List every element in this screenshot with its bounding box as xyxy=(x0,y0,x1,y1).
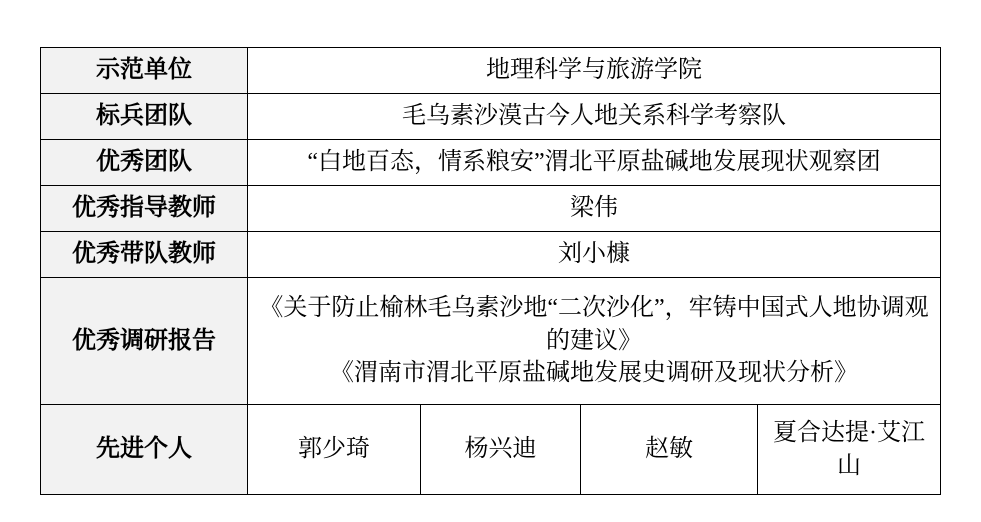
table-row: 优秀带队教师 刘小槺 xyxy=(41,232,941,278)
row-value-excellent-leading-teacher: 刘小槺 xyxy=(248,232,941,278)
table-row: 标兵团队 毛乌素沙漠古今人地关系科学考察队 xyxy=(41,94,941,140)
report-title-2: 《渭南市渭北平原盐碱地发展史调研及现状分析》 xyxy=(254,357,934,389)
row-label-excellent-leading-teacher: 优秀带队教师 xyxy=(41,232,248,278)
row-value-model-team: 毛乌素沙漠古今人地关系科学考察队 xyxy=(248,94,941,140)
table-row: 示范单位 地理科学与旅游学院 xyxy=(41,48,941,94)
row-label-advanced-individuals: 先进个人 xyxy=(41,405,248,495)
report-title-1: 《关于防止榆林毛乌素沙地“二次沙化”，牢铸中国式人地协调观的建议》 xyxy=(254,292,934,357)
row-value-excellent-research-reports: 《关于防止榆林毛乌素沙地“二次沙化”，牢铸中国式人地协调观的建议》 《渭南市渭北… xyxy=(248,278,941,405)
table-row: 优秀指导教师 梁伟 xyxy=(41,186,941,232)
row-value-excellent-team: “白地百态，情系粮安”渭北平原盐碱地发展现状观察团 xyxy=(248,140,941,186)
document-page: 示范单位 地理科学与旅游学院 标兵团队 毛乌素沙漠古今人地关系科学考察队 优秀团… xyxy=(0,0,981,522)
award-summary-table: 示范单位 地理科学与旅游学院 标兵团队 毛乌素沙漠古今人地关系科学考察队 优秀团… xyxy=(40,47,941,495)
person-name-3: 赵敏 xyxy=(581,405,758,495)
row-value-excellent-advisor: 梁伟 xyxy=(248,186,941,232)
row-label-model-team: 标兵团队 xyxy=(41,94,248,140)
row-label-excellent-advisor: 优秀指导教师 xyxy=(41,186,248,232)
row-label-excellent-team: 优秀团队 xyxy=(41,140,248,186)
row-value-demonstration-unit: 地理科学与旅游学院 xyxy=(248,48,941,94)
row-label-demonstration-unit: 示范单位 xyxy=(41,48,248,94)
table-row: 优秀调研报告 《关于防止榆林毛乌素沙地“二次沙化”，牢铸中国式人地协调观的建议》… xyxy=(41,278,941,405)
table-row: 先进个人 郭少琦 杨兴迪 赵敏 夏合达提·艾江山 xyxy=(41,405,941,495)
table-row: 优秀团队 “白地百态，情系粮安”渭北平原盐碱地发展现状观察团 xyxy=(41,140,941,186)
row-label-excellent-research-report: 优秀调研报告 xyxy=(41,278,248,405)
person-name-1: 郭少琦 xyxy=(248,405,421,495)
person-name-4: 夏合达提·艾江山 xyxy=(758,405,941,495)
person-name-2: 杨兴迪 xyxy=(421,405,581,495)
